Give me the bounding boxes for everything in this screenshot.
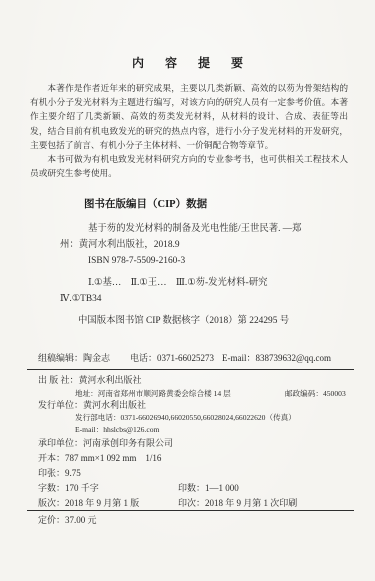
distributor-row: 发行单位：黄河水利出版社: [38, 400, 146, 411]
summary-paragraph-2: 本书可做为有机电致发光材料研究方向的专业参考书，也可供相关工程技术人员或研究生参…: [30, 152, 348, 180]
print-sheets-row: 印张：9.75: [38, 468, 81, 479]
edition: 版次：2018 年 9 月第 1 版: [38, 498, 139, 508]
editor-row: 组稿编辑：陶金志 电话：0371-66025273 E-mail：8387396…: [38, 353, 110, 364]
summary-paragraph-1: 本著作是作者近年来的研究成果，主要以几类新颖、高效的以芴为骨架结构的有机小分子发…: [30, 81, 348, 152]
word-count-row: 字数：170 千字 印数：1—1 000: [38, 483, 99, 494]
word-count: 字数：170 千字: [38, 483, 99, 493]
edition-row: 版次：2018 年 9 月第 1 版 印次：2018 年 9 月第 1 次印刷: [38, 498, 139, 509]
format-row: 开本：787 mm×1 092 mm 1/16: [38, 453, 161, 464]
printer-row: 承印单位：河南承创印务有限公司: [38, 438, 173, 449]
publisher-address: 地址：河南省郑州市顺河路黄委会综合楼 14 层: [75, 389, 231, 398]
divider-top: [27, 369, 354, 370]
divider-bottom: [27, 510, 354, 511]
publisher-address-row: 地址：河南省郑州市顺河路黄委会综合楼 14 层 邮政编码：450003: [75, 388, 231, 399]
cip-heading: 图书在版编目（CIP）数据: [84, 196, 207, 211]
cip-block: 基于芴的发光材料的制备及光电性能/王世民著. —郑 州：黄河水利出版社，2018…: [60, 221, 352, 329]
editor-email: E-mail：838739632@qq.com: [222, 353, 331, 364]
distribution-email-row: E-mail：hhslcbs@126.com: [75, 424, 159, 435]
cip-record-number: 中国版本图书馆 CIP 数据核字（2018）第 224295 号: [78, 313, 352, 329]
print-run: 印数：1—1 000: [178, 483, 239, 494]
distribution-phone-row: 发行部电话：0371-66026940,66020550,66028024,66…: [75, 412, 296, 423]
colophon: 组稿编辑：陶金志 电话：0371-66025273 E-mail：8387396…: [30, 349, 352, 549]
content-summary-heading: 内 容 提 要: [0, 54, 375, 71]
postcode: 邮政编码：450003: [285, 388, 346, 399]
price-row: 定价：37.00 元: [38, 515, 97, 526]
isbn-line: ISBN 978-7-5509-2160-3: [88, 253, 352, 269]
cip-classification-line-2: Ⅳ.①TB34: [60, 291, 352, 307]
editor-phone: 电话：0371-66025273: [130, 353, 214, 364]
publisher-row: 出 版 社：黄河水利出版社: [38, 375, 142, 386]
editor-name: 组稿编辑：陶金志: [38, 353, 110, 363]
cip-classification-line-1: Ⅰ.①基… Ⅱ.①王… Ⅲ.①芴-发光材料-研究: [88, 275, 352, 291]
impression: 印次：2018 年 9 月第 1 次印刷: [178, 498, 297, 509]
cip-title-line-1: 基于芴的发光材料的制备及光电性能/王世民著. —郑: [88, 221, 352, 237]
cip-title-line-2: 州：黄河水利出版社，2018.9: [60, 237, 352, 253]
content-summary-body: 本著作是作者近年来的研究成果，主要以几类新颖、高效的以芴为骨架结构的有机小分子发…: [30, 81, 348, 180]
book-copyright-page: 内 容 提 要 本著作是作者近年来的研究成果，主要以几类新颖、高效的以芴为骨架结…: [0, 0, 375, 581]
